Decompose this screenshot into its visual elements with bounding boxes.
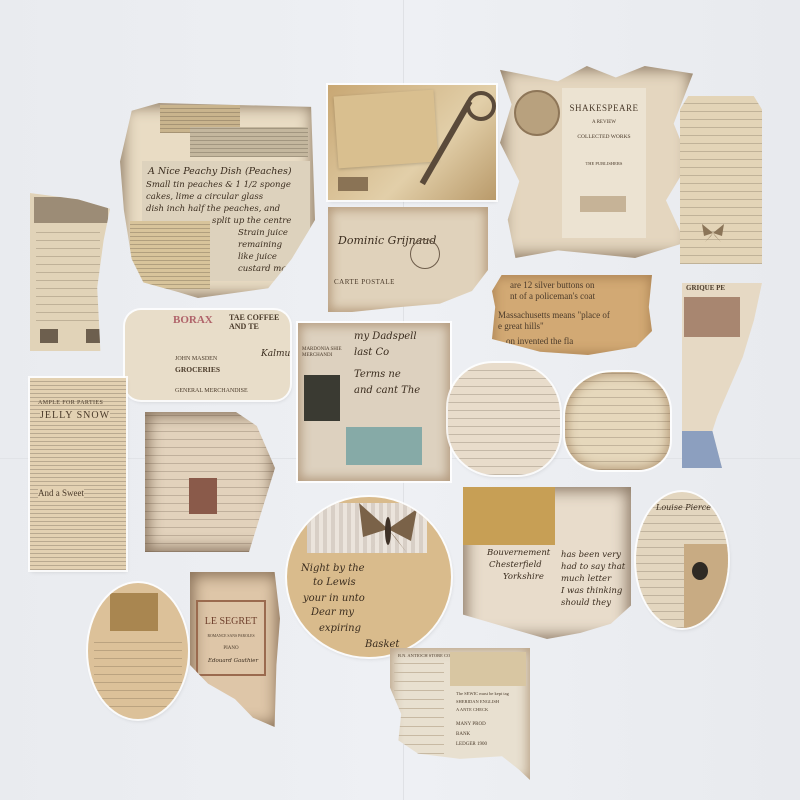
clipping-line: on invented the fla	[506, 337, 573, 347]
sticker-scalloped-script	[448, 363, 560, 475]
handwriting	[36, 231, 100, 321]
composer: Edouard Gauthier	[208, 658, 258, 664]
newsprint-clipping	[130, 221, 210, 289]
script-line: Chesterfield	[489, 561, 542, 570]
gold-foil-patch	[463, 487, 555, 545]
ledger-line: A ANTE CHECK	[456, 708, 488, 713]
recipe-title: A Nice Peachy Dish (Peaches)	[148, 167, 310, 177]
script-line: Terms ne	[354, 369, 401, 380]
script-line: Yorkshire	[503, 573, 544, 582]
script-line: had to say that	[561, 563, 625, 572]
script-line: last Co	[354, 347, 389, 358]
gold-foil-patch	[110, 593, 158, 631]
title: SHAKESPEARE	[562, 104, 646, 114]
newsprint-clipping	[190, 127, 308, 157]
sticker-jelly-snow: AMPLE FOR PARTIES JELLY SNOW And a Sweet	[30, 378, 126, 570]
ledger-line: MANY PROD	[456, 722, 486, 728]
sticker-shakespeare: SHAKESPEARE A REVIEW COLLECTED WORKS THE…	[500, 66, 693, 258]
vintage-photo	[304, 375, 340, 421]
publisher: THE PUBLISHERS	[562, 162, 646, 167]
sticker-policeman-clipping: are 12 silver buttons on nt of a policem…	[492, 275, 652, 355]
stamp	[338, 177, 368, 191]
portrait-clipping	[684, 544, 728, 628]
script-line: my Dadspell	[354, 331, 417, 342]
ledger-line: BANK	[456, 732, 470, 738]
subtitle: A REVIEW	[562, 120, 646, 126]
handwriting	[94, 637, 182, 707]
kalmus-label: Kalmus	[261, 350, 290, 360]
sheet-title: LE SEGRET	[198, 616, 264, 627]
sticker-script-tag	[680, 96, 762, 264]
stamp	[40, 329, 58, 343]
recipe-line: dish inch half the peaches, and	[146, 205, 308, 214]
script-line: and cant The	[354, 385, 420, 396]
script-line: has been very	[561, 551, 621, 560]
borax-logo: BORAX	[173, 314, 213, 326]
sheet-music-frame: LE SEGRET ROMANCE SANS PAROLES PIANO Edo…	[196, 600, 266, 676]
ornament	[580, 196, 626, 212]
sticker-stamp-letter	[145, 412, 275, 552]
key-bow	[466, 91, 496, 121]
ledger-header: B.N. ANTIOCH STORE CO	[398, 654, 450, 659]
teal-ticket	[346, 427, 422, 465]
script-line: Night by the	[301, 563, 365, 574]
script-line: much letter	[561, 575, 611, 584]
strip-header: GRIQUE PE	[686, 285, 725, 293]
script-line: expiring	[319, 623, 361, 634]
sticker-oval-gold	[88, 583, 188, 719]
kicker: AMPLE FOR PARTIES	[38, 400, 103, 407]
subhead: And a Sweet	[38, 489, 84, 499]
ad-line: GROCERIES	[175, 366, 220, 374]
instrument: PIANO	[198, 646, 264, 652]
title-page: SHAKESPEARE A REVIEW COLLECTED WORKS THE…	[562, 88, 646, 238]
clipping-line: are 12 silver buttons on	[510, 281, 595, 291]
script-line: your in unto	[303, 593, 365, 604]
clipping-line: e great hills"	[498, 322, 544, 332]
sheet-subtitle: ROMANCE SANS PAROLES	[198, 634, 264, 638]
script-line: I was thinking	[561, 587, 622, 596]
recipe-line: remaining	[238, 241, 282, 250]
ad-line: JOHN MASDEN	[175, 356, 217, 363]
clipping-line: Massachusetts means "place of	[498, 311, 610, 321]
script-line: Louise Pierce	[656, 504, 711, 513]
ledger-line: LEDGER 1900	[456, 742, 487, 748]
seal-stamp-icon	[514, 90, 560, 136]
portrait-face	[692, 562, 708, 580]
subtitle: COLLECTED WORKS	[562, 134, 646, 140]
stamp	[189, 478, 217, 514]
postcard	[334, 90, 439, 169]
house-engraving	[684, 297, 740, 337]
sticker-collage-photo: MARDONIA SHIE MERCHANDI my Dadspell last…	[298, 323, 450, 481]
script-line: should they	[561, 599, 611, 608]
script-line: Bouvernement	[487, 549, 550, 558]
coffee-ad: TAE COFFEE AND TE	[229, 314, 287, 332]
newsprint-clipping	[450, 652, 526, 686]
sticker-oval-portrait: Louise Pierce	[636, 492, 728, 628]
postcard-label: CARTE POSTALE	[334, 279, 395, 287]
ledger-line: SHERIDAN ENGLISH	[456, 700, 499, 705]
script-line: Dear my	[311, 607, 354, 618]
ledger-line: The SEWIC must be kept tag	[456, 692, 509, 697]
sticker-postcard-key	[328, 85, 496, 200]
jelly-snow-title: JELLY SNOW	[40, 410, 110, 421]
postmark-icon	[410, 239, 440, 269]
recipe-line: Small tin peaches & 1 1/2 sponge	[146, 181, 308, 190]
recipe-line: like juice	[238, 253, 277, 262]
ad-line: GENERAL MERCHANDISE	[175, 388, 248, 395]
recipe-line: split up the centre	[212, 217, 291, 226]
script-line: to Lewis	[313, 577, 356, 588]
sticker-building-strip	[30, 193, 110, 351]
sticker-ad-label: BORAX TAE COFFEE AND TE JOHN MASDEN GROC…	[125, 310, 290, 400]
sticker-gold-letter: Bouvernement Chesterfield Yorkshire has …	[463, 487, 631, 639]
clipping-line: nt of a policeman's coat	[510, 292, 595, 302]
newspaper-header: MARDONIA SHIE MERCHANDI	[302, 347, 344, 358]
recipe-line: cakes, lime a circular glass	[146, 193, 308, 202]
sticker-butterfly-circle: Night by the to Lewis your in unto Dear …	[287, 497, 451, 657]
butterfly-icon	[353, 501, 423, 557]
sticker-cloud-script	[565, 372, 670, 470]
recipe-line: Strain juice	[238, 229, 288, 238]
butterfly-icon	[700, 222, 726, 244]
